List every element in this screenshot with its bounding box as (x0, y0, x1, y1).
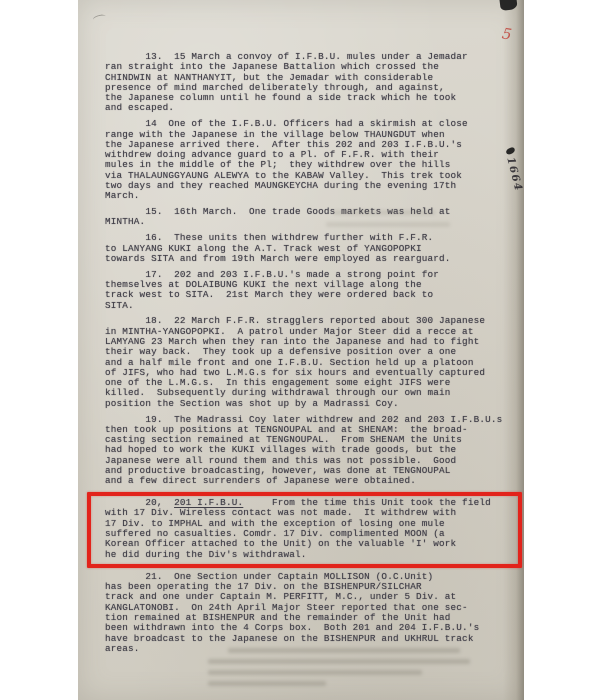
paragraph-15: 15. 16th March. One trade Goods markets … (105, 207, 514, 228)
paragraph-13: 13. 15 March a convoy of I.F.B.U. mules … (105, 52, 514, 114)
paragraph-16: 16. These units then withdrew further wi… (105, 233, 514, 264)
highlight-box: 20, 201 I.F.B.U. From the time this Unit… (87, 492, 522, 568)
bleed-through-text (208, 659, 470, 664)
scanned-document: 5 1664 13. 15 March a convoy of I.F.B.U.… (0, 0, 600, 700)
bleed-through-text (208, 681, 326, 686)
typed-text-block: 13. 15 March a convoy of I.F.B.U. mules … (78, 0, 524, 660)
paragraph-19: 19. The Madrassi Coy later withdrew and … (105, 415, 514, 487)
bleed-through-text (228, 648, 460, 653)
bleed-through-text (326, 222, 450, 227)
paragraph-18: 18. 22 March F.F.R. stragglers reported … (105, 316, 514, 409)
paragraph-body: From the time this Unit took the field w… (105, 497, 491, 559)
bleed-through-text (333, 210, 435, 215)
paragraph-17: 17. 202 and 203 I.F.B.U.'s made a strong… (105, 270, 514, 311)
bleed-through-text (208, 670, 422, 675)
paragraph-21: 21. One Section under Captain MOLLISON (… (105, 572, 514, 654)
paragraph-20: 20, 201 I.F.B.U. From the time this Unit… (105, 498, 512, 560)
document-page: 5 1664 13. 15 March a convoy of I.F.B.U.… (78, 0, 524, 700)
paragraph-14: 14 One of the I.F.B.U. Officers had a sk… (105, 119, 514, 201)
